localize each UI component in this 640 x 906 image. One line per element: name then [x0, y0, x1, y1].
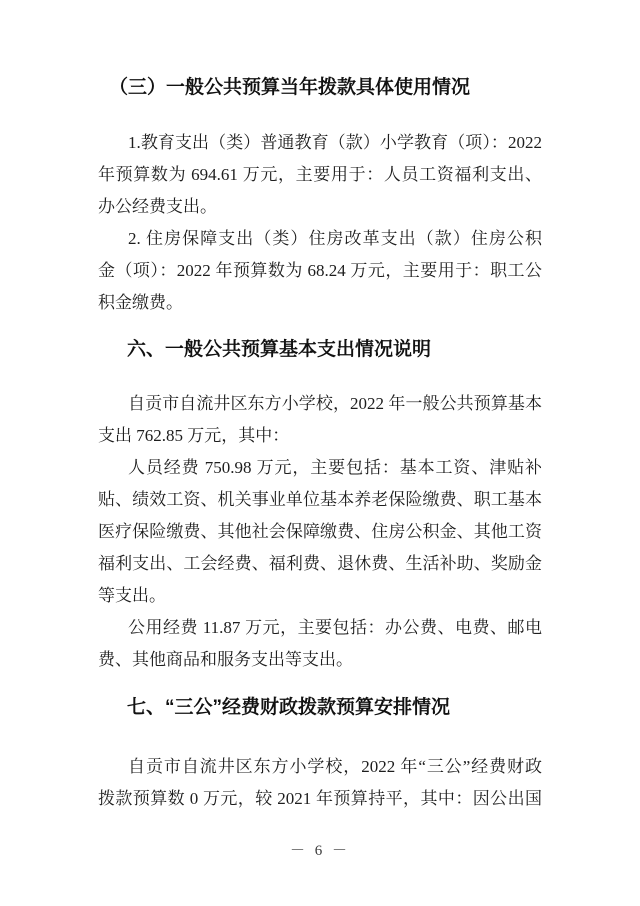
- paragraph-line: 支出 762.85 万元，其中：: [98, 420, 542, 452]
- paragraph-line: 福利支出、工会经费、福利费、退休费、生活补助、奖励金: [98, 548, 542, 580]
- paragraph-basic-total: 自贡市自流井区东方小学校，2022 年一般公共预算基本 支出 762.85 万元…: [98, 388, 542, 452]
- paragraph-line: 金（项）：2022 年预算数为 68.24 万元，主要用于：职工公: [98, 255, 542, 287]
- paragraph-line: 贴、绩效工资、机关事业单位基本养老保险缴费、职工基本: [98, 484, 542, 516]
- paragraph-personnel-funds: 人员经费 750.98 万元，主要包括：基本工资、津贴补 贴、绩效工资、机关事业…: [98, 452, 542, 612]
- paragraph-public-funds: 公用经费 11.87 万元，主要包括：办公费、电费、邮电 费、其他商品和服务支出…: [98, 612, 542, 676]
- paragraph-line: 人员经费 750.98 万元，主要包括：基本工资、津贴补: [98, 452, 542, 484]
- paragraph-line: 自贡市自流井区东方小学校，2022 年一般公共预算基本: [98, 388, 542, 420]
- paragraph-education-expenditure: 1.教育支出（类）普通教育（款）小学教育（项）：2022 年预算数为 694.6…: [98, 127, 542, 223]
- paragraph-line: 公用经费 11.87 万元，主要包括：办公费、电费、邮电: [98, 612, 542, 644]
- paragraph-line: 年预算数为 694.61 万元，主要用于：人员工资福利支出、: [98, 159, 542, 191]
- paragraph-line: 医疗保险缴费、其他社会保障缴费、住房公积金、其他工资: [98, 516, 542, 548]
- paragraph-line: 费、其他商品和服务支出等支出。: [98, 644, 542, 676]
- paragraph-line: 1.教育支出（类）普通教育（款）小学教育（项）：2022: [98, 127, 542, 159]
- paragraph-line: 自贡市自流井区东方小学校，2022 年“三公”经费财政: [98, 751, 542, 783]
- section-heading-basic-expenditure: 六、一般公共预算基本支出情况说明: [98, 340, 542, 360]
- section-heading-three-public-funds: 七、“三公”经费财政拨款预算安排情况: [98, 698, 542, 718]
- paragraph-three-public-funds: 自贡市自流井区东方小学校，2022 年“三公”经费财政 拨款预算数 0 万元，较…: [98, 751, 542, 815]
- paragraph-line: 2. 住房保障支出（类）住房改革支出（款）住房公积: [98, 223, 542, 255]
- paragraph-line: 等支出。: [98, 580, 542, 612]
- paragraph-line: 积金缴费。: [98, 287, 542, 319]
- document-content: （三）一般公共预算当年拨款具体使用情况 1.教育支出（类）普通教育（款）小学教育…: [98, 78, 542, 862]
- document-page: （三）一般公共预算当年拨款具体使用情况 1.教育支出（类）普通教育（款）小学教育…: [0, 0, 640, 906]
- paragraph-housing-expenditure: 2. 住房保障支出（类）住房改革支出（款）住房公积 金（项）：2022 年预算数…: [98, 223, 542, 319]
- page-number: － 6 －: [98, 840, 542, 862]
- section-heading-budget-usage: （三）一般公共预算当年拨款具体使用情况: [98, 78, 542, 98]
- paragraph-line: 拨款预算数 0 万元，较 2021 年预算持平，其中：因公出国: [98, 783, 542, 815]
- paragraph-line: 办公经费支出。: [98, 191, 542, 223]
